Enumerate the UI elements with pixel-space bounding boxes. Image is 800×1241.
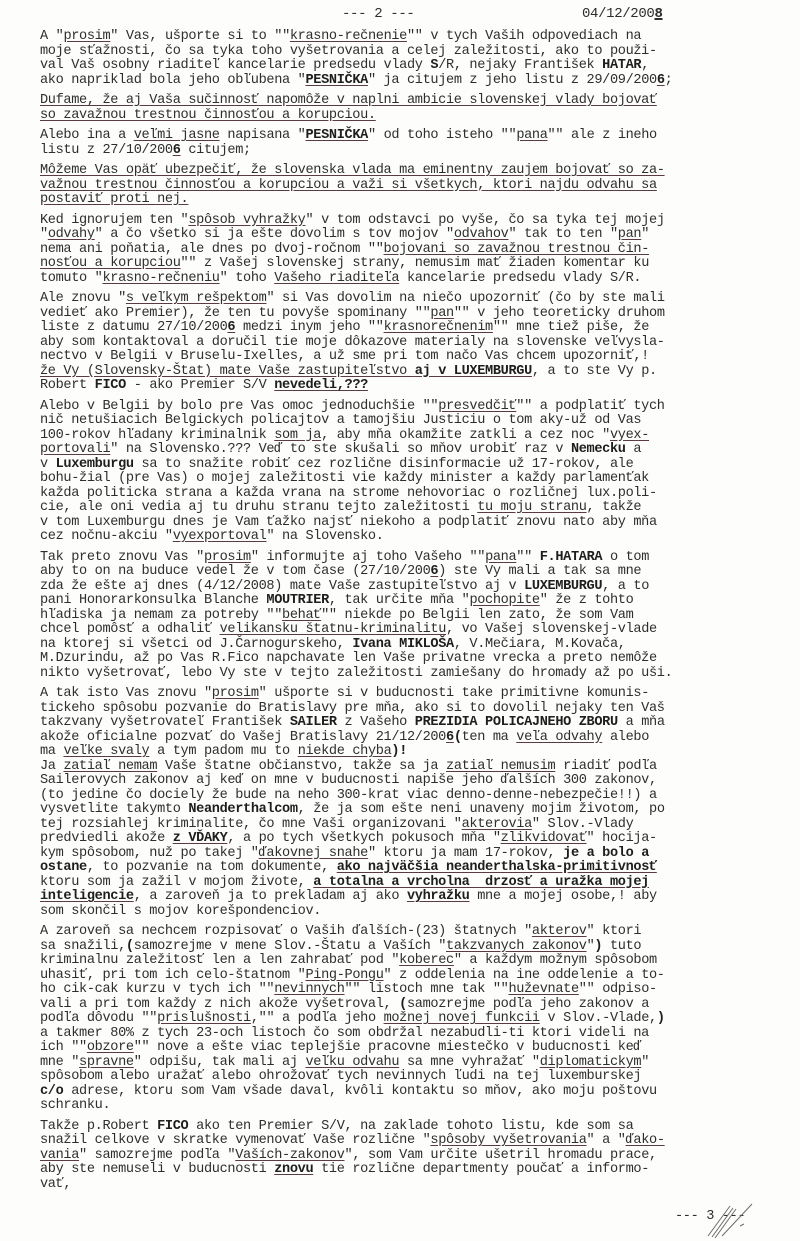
- bold-text: SAILER: [290, 715, 337, 730]
- text-segment: mne ": [40, 1055, 79, 1070]
- text-segment: zda že ešte aj dnes (4/12/2008) mate Vaš…: [40, 579, 524, 594]
- paragraph: Takže p.Robert FICO ako ten Premier S/V,…: [40, 1120, 760, 1193]
- text-segment: riadiť podľa: [555, 759, 657, 774]
- text-segment: " a čo všetko si ja ešte dovolim s tov m…: [95, 227, 454, 242]
- underlined-text: vania: [40, 1148, 79, 1163]
- text-line: hľadiska ja nemam za potreby ""behať"" n…: [40, 609, 760, 624]
- text-line: a takmer 80% z tych 23-och listoch čo so…: [40, 1027, 760, 1042]
- text-segment: hľadiska ja nemam za potreby "": [40, 608, 282, 623]
- text-segment: aby ste nemuseli v buducnosti: [40, 1162, 274, 1177]
- underlined-text: veľku odvahu: [305, 1055, 399, 1070]
- underlined-text: tu moju stranu: [477, 500, 586, 515]
- underlined-text: Môžeme Vas opäť ubezpečiť, že slovenska …: [40, 163, 665, 178]
- text-segment: Alebo ina a: [40, 128, 134, 143]
- text-segment: , aby mňa okamžite zatkli a cez noc ": [321, 428, 610, 443]
- text-line: vať,: [40, 1178, 760, 1193]
- text-line: predviedli akože z VĎAKY, a po tych všet…: [40, 832, 760, 847]
- underlined-text: diplomatickym: [540, 1055, 642, 1070]
- text-segment: "" v jeho teoreticky druhom: [454, 306, 665, 321]
- underlined-text: pana: [516, 128, 547, 143]
- underlined-text: Ping-Pongu: [305, 968, 383, 983]
- paragraph: Dufame, že aj Vaša sučinnosť napomôže v …: [40, 94, 760, 123]
- text-segment: " si Vas dovolim na niečo upozorniť (čo …: [266, 291, 664, 306]
- text-line: podľa dôvodu ""prislušnosti,"" a podľa j…: [40, 1012, 760, 1027]
- text-segment: " ušporte si v buducnosti take primitivn…: [259, 686, 649, 701]
- text-segment: o tom: [602, 550, 649, 565]
- text-segment: ,"" a podľa jeho: [251, 1011, 384, 1026]
- text-segment: sa snažili,: [40, 939, 126, 954]
- text-segment: /R, nejaky František: [438, 58, 602, 73]
- text-line: A tak isto Vas znovu "prosim" ušporte si…: [40, 687, 760, 702]
- date-last-digit: 8: [654, 6, 662, 22]
- underlined-text: bojovani so zavažnou trestnou čin-: [384, 242, 649, 257]
- text-segment: Vaše štatne občianstvo, takže sa ja: [157, 759, 446, 774]
- underlined-text: možnej novej funkcii: [384, 1011, 540, 1026]
- underlined-text: zatiaľ nemusim: [446, 759, 555, 774]
- underlined-text: Dufame, že aj Vaša sučinnosť napomôže v …: [40, 93, 657, 108]
- text-segment: Ja: [40, 759, 63, 774]
- underlined-text: važnou trestnou činnosťou a korupciou a …: [40, 178, 657, 193]
- text-segment: cez nočnu-akciu ": [40, 529, 173, 544]
- text-segment: " na Slovensko.: [266, 529, 383, 544]
- text-segment: ako ten Premier S/V, na zaklade tohoto l…: [188, 1119, 633, 1134]
- text-segment: " a každym možnym spôsobom: [454, 953, 657, 968]
- underlined-text: veľke svaly: [63, 744, 149, 759]
- text-segment: , a zaroveň ja to prekladam aj ako: [134, 889, 407, 904]
- text-segment: " v tom odstavci po vyše, čo sa tyka tej…: [305, 213, 664, 228]
- bold-text: (: [126, 939, 134, 954]
- text-line: M.Dzurindu, až po Vas R.Fico napchavate …: [40, 652, 760, 667]
- text-segment: , takže: [587, 500, 642, 515]
- text-line: Alebo ina a veľmi jasne napisana "PESNIČ…: [40, 129, 760, 144]
- text-segment: ako napriklad bola jeho obľubena ": [40, 73, 305, 88]
- text-segment: "" odpiso-: [579, 982, 657, 997]
- text-segment: schranku.: [40, 1098, 110, 1113]
- text-segment: kriminalnu zaležitosť len a len zahrabať…: [40, 953, 399, 968]
- bold-underlined-text: nevedeli,???: [274, 378, 368, 393]
- text-line: Ja zatiaľ nemam Vaše štatne občianstvo, …: [40, 760, 760, 775]
- text-segment: som skončil s mojov korešpondenciov.: [40, 904, 321, 919]
- underlined-text: odvahov: [454, 227, 509, 242]
- text-line: schranku.: [40, 1099, 760, 1114]
- bold-text: FICO: [95, 378, 126, 393]
- text-segment: predviedli akože: [40, 831, 173, 846]
- text-segment: mne a mojej osobe,! aby: [469, 889, 656, 904]
- text-segment: 100-rokov hľadany kriminalnik: [40, 428, 274, 443]
- text-segment: tie rozlične departmenty poučať a inform…: [313, 1162, 649, 1177]
- text-line: v tom Luxemburgu dnes je Vam ťažko najsť…: [40, 516, 760, 531]
- bold-text: ostane: [40, 860, 87, 875]
- text-segment: nema ani poňatia, ale dnes po dvoj-ročno…: [40, 242, 384, 257]
- bold-underlined-text: vyhražku: [407, 889, 469, 904]
- bold-underlined-text: znovu: [274, 1162, 313, 1177]
- text-segment: , a to: [602, 579, 649, 594]
- text-segment: - ako Premier S/V: [126, 378, 274, 393]
- date-text: 04/12/200: [582, 6, 654, 22]
- text-segment: "" niekde po Belgii len zato, že som Vam: [321, 608, 633, 623]
- text-line: bohu-žial (pre Vas) o mojej zaležitosti …: [40, 472, 760, 487]
- page-number: --- 2 ---: [342, 6, 414, 22]
- text-segment: moje sťažnosti, čo sa tyka toho vyšetrov…: [40, 44, 657, 59]
- underlined-text: huževnate: [508, 982, 578, 997]
- text-line: na ktorej si všetci od J.Čarnogurskeho, …: [40, 638, 760, 653]
- text-segment: Ale znovu ": [40, 291, 126, 306]
- text-segment: ho cik-cak kurzu v tych ich "": [40, 982, 274, 997]
- underlined-text: Vašeho riaditeľa: [274, 271, 399, 286]
- text-segment: sa to snažite robiť cez rozlične disinfo…: [134, 457, 634, 472]
- bold-underlined-text: 6: [446, 730, 454, 745]
- text-segment: Alebo v Belgii by bolo pre Vas omoc jedn…: [40, 399, 438, 414]
- text-segment: " ktoru ja mam 17-rokov,: [368, 846, 563, 861]
- underlined-text: nevinnych: [274, 982, 344, 997]
- text-segment: A tak isto Vas znovu ": [40, 686, 212, 701]
- underlined-text: presvedčiť: [438, 399, 516, 414]
- text-line: aby som kontaktoval a doručil tie moje d…: [40, 336, 760, 351]
- text-line: zda že ešte aj dnes (4/12/2008) mate Vaš…: [40, 580, 760, 595]
- bold-text: )!: [391, 744, 407, 759]
- text-segment: citujem;: [181, 143, 251, 158]
- underlined-text: pana: [485, 550, 516, 565]
- underlined-text: zatiaľ nemam: [63, 759, 157, 774]
- text-segment: adrese, ktoru som Vam všade daval, kvôli…: [63, 1084, 656, 1099]
- text-line: nectvo v Belgii v Bruselu-Ixelles, a už …: [40, 350, 760, 365]
- text-segment: " hocija-: [587, 831, 657, 846]
- text-segment: " odpišu, tak mali aj: [134, 1055, 306, 1070]
- text-line: nema ani poňatia, ale dnes po dvoj-ročno…: [40, 243, 760, 258]
- text-line: Sailerovych zakonov aj keď on mne v budu…: [40, 774, 760, 789]
- text-segment: Robert: [40, 378, 95, 393]
- underlined-text: postaviť proti nej.: [40, 192, 188, 207]
- underlined-text: krasno-rečnenie: [290, 29, 407, 44]
- text-line: val Vaš osobny riaditeľ kancelarie preds…: [40, 59, 760, 74]
- text-line: so zavažnou trestnou činnosťou a korupci…: [40, 109, 760, 124]
- text-segment: Sailerovych zakonov aj keď on mne v budu…: [40, 773, 657, 788]
- underlined-text: spôsoby vyšetrovania: [430, 1133, 586, 1148]
- text-line: mne "spravne" odpišu, tak mali aj veľku …: [40, 1056, 760, 1071]
- text-segment: "" nove a ešte viac teplejšie pracovne m…: [134, 1040, 642, 1055]
- text-segment: , že ja som ešte neni unaveny mojim živo…: [298, 802, 665, 817]
- text-line: chcel pomôsť a odhaliť velikansku štatnu…: [40, 623, 760, 638]
- text-segment: a takmer 80% z tych 23-och listoch čo so…: [40, 1026, 649, 1041]
- underlined-text: ďakovnej snahe: [259, 846, 368, 861]
- text-segment: nič netušiacich Belgickych policajtov a …: [40, 413, 641, 428]
- text-segment: cie, ale oni vedia aj tu druhu stranu te…: [40, 500, 477, 515]
- paragraph: Tak preto znovu Vas "prosim" informujte …: [40, 551, 760, 682]
- bold-underlined-text: aj v LUXEMBURGU: [415, 364, 532, 379]
- text-segment: z Vašeho: [337, 715, 415, 730]
- text-line: Tak preto znovu Vas "prosim" informujte …: [40, 551, 760, 566]
- text-segment: nectvo v Belgii v Bruselu-Ixelles, a už …: [40, 349, 649, 364]
- text-line: každa politicka strana a každa vrana na …: [40, 487, 760, 502]
- letter-date: 04/12/2008: [582, 6, 663, 22]
- paragraph: Alebo ina a veľmi jasne napisana "PESNIČ…: [40, 129, 760, 158]
- text-segment: val Vaš osobny riaditeľ kancelarie preds…: [40, 58, 430, 73]
- text-line: vania" samozrejme podľa "Vaších-zakonov"…: [40, 1149, 760, 1164]
- text-line: nosťou a korupciou"" z Vašej slovenskej …: [40, 257, 760, 272]
- text-segment: liste z datumu 27/10/200: [40, 320, 227, 335]
- text-segment: " na Slovensko.??? Veď to ste skušali so…: [110, 442, 571, 457]
- text-segment: vať,: [40, 1177, 71, 1192]
- text-line: aby to on na buduce vedel že v tom čase …: [40, 565, 760, 580]
- text-line: postaviť proti nej.: [40, 193, 760, 208]
- text-line: nikto vyšetrovať, lebo Vy ste v tejto za…: [40, 667, 760, 682]
- bold-underlined-text: ako najväčšia neanderthalska-primitivnos…: [337, 860, 657, 875]
- text-line: ostane, to pozvanie na tom dokumente, ak…: [40, 861, 760, 876]
- text-line: c/o adrese, ktoru som Vam všade daval, k…: [40, 1085, 760, 1100]
- text-segment: " ja citujem z jeho listu z 29/09/200: [368, 73, 657, 88]
- text-segment: tomuto ": [40, 271, 102, 286]
- text-segment: kym spôsobom, nuž po takej ": [40, 846, 259, 861]
- underlined-text: takzvanych zakonov: [446, 939, 587, 954]
- bold-text: FICO: [157, 1119, 188, 1134]
- text-line: Alebo v Belgii by bolo pre Vas omoc jedn…: [40, 400, 760, 415]
- paragraph: Alebo v Belgii by bolo pre Vas omoc jedn…: [40, 400, 760, 545]
- text-line: vedieť ako Premier), že ten tu povyše sp…: [40, 307, 760, 322]
- text-line: važnou trestnou činnosťou a korupciou a …: [40, 179, 760, 194]
- text-line: tomuto "krasno-rečneniu" toho Vašeho ria…: [40, 272, 760, 287]
- text-segment: " Slov.-Vlady: [532, 817, 634, 832]
- text-segment: takzvany vyšetrovateľ František: [40, 715, 290, 730]
- text-line: spôsobom alebo uražať alebo ohrožovať ty…: [40, 1070, 760, 1085]
- bold-text: (: [454, 730, 462, 745]
- underlined-text: spôsob vyhražky: [188, 213, 305, 228]
- text-line: Takže p.Robert FICO ako ten Premier S/V,…: [40, 1120, 760, 1135]
- signature-icon: [700, 1200, 760, 1240]
- paragraph: A tak isto Vas znovu "prosim" ušporte si…: [40, 687, 760, 919]
- bold-underlined-text: 6: [657, 73, 665, 88]
- bold-text: Luxemburgu: [56, 457, 134, 472]
- paragraph: A "prosim" Vas, ušporte si to ""krasno-r…: [40, 30, 760, 88]
- text-segment: akože oficialne pozvať do Vašej Bratisla…: [40, 730, 446, 745]
- text-line: pani Honorarkonsulka Blanche MOUTRIER, t…: [40, 594, 760, 609]
- underlined-text: krasnorečnenim: [384, 320, 493, 335]
- bold-text: Neanderthalcom: [188, 802, 297, 817]
- text-line: aby ste nemuseli v buducnosti znovu tie …: [40, 1163, 760, 1178]
- text-segment: aby to on na buduce vedel že v tom čase …: [40, 564, 430, 579]
- text-line: snažil celkove v skratke vymenovať Vaše …: [40, 1134, 760, 1149]
- text-segment: "": [516, 550, 539, 565]
- underlined-text: niekde chyba: [298, 744, 392, 759]
- text-segment: "" a podplatiť tych: [516, 399, 664, 414]
- bold-text: Ivana MIKLOŠA: [352, 637, 454, 652]
- bold-text: MOUTRIER: [266, 593, 328, 608]
- scanned-letter-page: --- 2 --- 04/12/2008 A "prosim" Vas, ušp…: [0, 0, 800, 1241]
- text-line: A "prosim" Vas, ušporte si to ""krasno-r…: [40, 30, 760, 45]
- text-line: inteligencie, a zaroveň ja to prekladam …: [40, 890, 760, 905]
- underlined-text: akterov: [532, 924, 587, 939]
- text-segment: ich "": [40, 1040, 87, 1055]
- text-line: vali a pri tom každy z nich akože vyšetr…: [40, 998, 760, 1013]
- text-segment: každa politicka strana a každa vrana na …: [40, 486, 657, 501]
- text-segment: vysvetlite takymto: [40, 802, 188, 817]
- paragraph: A zaroveň sa nechcem rozpisovať o Vaših …: [40, 925, 760, 1114]
- text-segment: bohu-žial (pre Vas) o mojej zaležitosti …: [40, 471, 649, 486]
- text-segment: " samozrejme podľa ": [79, 1148, 235, 1163]
- text-segment: a tym padom mu to: [149, 744, 297, 759]
- text-line: Ale znovu "s veľkym rešpektom" si Vas do…: [40, 292, 760, 307]
- text-segment: listu z 27/10/200: [40, 143, 173, 158]
- text-line: vysvetlite takymto Neanderthalcom, že ja…: [40, 803, 760, 818]
- text-segment: spôsobom alebo uražať alebo ohrožovať ty…: [40, 1069, 641, 1084]
- text-segment: snažil celkove v skratke vymenovať Vaše …: [40, 1133, 430, 1148]
- text-segment: uhasiť, pri tom ich celo-štatnom ": [40, 968, 305, 983]
- text-line: Robert FICO - ako Premier S/V nevedeli,?…: [40, 379, 760, 394]
- text-segment: " z oddelenia na ine oddelenie a to-: [384, 968, 665, 983]
- text-line: Môžeme Vas opäť ubezpečiť, že slovenska …: [40, 164, 760, 179]
- bold-text: LUXEMBURGU: [524, 579, 602, 594]
- text-line: moje sťažnosti, čo sa tyka toho vyšetrov…: [40, 45, 760, 60]
- text-segment: , V.Mečiara, M.Kovača,: [454, 637, 626, 652]
- text-segment: ktoru som ja zažil v mojom živote,: [40, 875, 313, 890]
- text-segment: a: [626, 442, 642, 457]
- text-segment: " ktori: [587, 924, 642, 939]
- text-segment: vedieť ako Premier), že ten tu povyše sp…: [40, 306, 430, 321]
- text-segment: ,: [641, 58, 649, 73]
- text-segment: tickeho spôsobu pozvanie do Bratislavy p…: [40, 701, 665, 716]
- text-line: ako napriklad bola jeho obľubena "PESNIČ…: [40, 74, 760, 89]
- underlined-text: pan: [430, 306, 453, 321]
- underlined-text: so zavažnou trestnou činnosťou a korupci…: [40, 108, 376, 123]
- text-segment: samozrejme podľa jeho zakonov a: [407, 997, 649, 1012]
- text-line: cie, ale oni vedia aj tu druhu stranu te…: [40, 501, 760, 516]
- text-segment: , vo Vašej slovenskej-vlade: [446, 622, 657, 637]
- bold-text: HATAR: [602, 58, 641, 73]
- text-segment: v: [40, 457, 56, 472]
- text-line: Ked ignorujem ten "spôsob vyhražky" v to…: [40, 214, 760, 229]
- text-segment: " že z tohto: [540, 593, 634, 608]
- text-line: 100-rokov hľadany kriminalnik som ja, ab…: [40, 429, 760, 444]
- underlined-text: prosim: [212, 686, 259, 701]
- underlined-text: zlikvidovať: [501, 831, 587, 846]
- text-line: A zaroveň sa nechcem rozpisovať o Vaših …: [40, 925, 760, 940]
- text-segment: kancelarie predsedu vlady S/R.: [399, 271, 641, 286]
- text-line: kriminalnu zaležitosť len a len zahrabať…: [40, 954, 760, 969]
- underlined-text: prislušnosti: [157, 1011, 251, 1026]
- text-segment: " Vas, ušporte si to "": [110, 29, 290, 44]
- text-segment: A zaroveň sa nechcem rozpisovať o Vaših …: [40, 924, 532, 939]
- text-segment: ", som Vam určite ušetril hromadu prace,: [345, 1148, 657, 1163]
- text-segment: aby som kontaktoval a doručil tie moje d…: [40, 335, 665, 350]
- text-segment: , to pozvanie na tom dokumente,: [87, 860, 337, 875]
- text-segment: vali a pri tom každy z nich akože vyšetr…: [40, 997, 399, 1012]
- text-segment: a mňa: [618, 715, 665, 730]
- text-segment: napisana ": [220, 128, 306, 143]
- text-segment: , tak určite mňa ": [329, 593, 470, 608]
- text-segment: ) ste Vy mali a tak sa mne: [438, 564, 641, 579]
- text-line: takzvany vyšetrovateľ František SAILER z…: [40, 716, 760, 731]
- text-segment: ": [40, 227, 48, 242]
- underlined-text: prosim: [204, 550, 251, 565]
- underlined-text: vyex-: [610, 428, 649, 443]
- text-segment: chcel pomôsť a odhaliť: [40, 622, 220, 637]
- text-segment: tej rozsiahlej kriminalite, čo mne Vaši …: [40, 817, 462, 832]
- text-segment: Tak preto znovu Vas ": [40, 550, 204, 565]
- text-segment: Takže p.Robert: [40, 1119, 157, 1134]
- text-segment: medzi inym jeho "": [235, 320, 383, 335]
- text-segment: ma: [40, 744, 63, 759]
- underlined-text: akterovia: [462, 817, 532, 832]
- text-line: uhasiť, pri tom ich celo-štatnom "Ping-P…: [40, 969, 760, 984]
- text-segment: ": [641, 227, 649, 242]
- bold-text: (: [399, 997, 407, 1012]
- text-segment: podľa dôvodu "": [40, 1011, 157, 1026]
- text-segment: nikto vyšetrovať, lebo Vy ste v tejto za…: [40, 666, 672, 681]
- underlined-text: veľmi jasne: [134, 128, 220, 143]
- underlined-text: odvahy: [48, 227, 95, 242]
- text-segment: "" listoch mne tak "": [345, 982, 509, 997]
- paragraph: Ked ignorujem ten "spôsob vyhražky" v to…: [40, 214, 760, 287]
- text-line: v Luxemburgu sa to snažite robiť cez roz…: [40, 458, 760, 473]
- bold-text: c/o: [40, 1084, 63, 1099]
- text-segment: na ktorej si všetci od J.Čarnogurskeho,: [40, 637, 352, 652]
- text-line: ich ""obzore"" nove a ešte viac teplejši…: [40, 1041, 760, 1056]
- underlined-text: veľa odvahy: [516, 730, 602, 745]
- text-segment: "" mne tiež piše, že: [493, 320, 649, 335]
- bold-underlined-text: PESNIČKA: [305, 73, 367, 88]
- underlined-text: že Vy (Slovensky-Štat) mate Vaše zastupi…: [40, 364, 415, 379]
- underlined-text: nosťou a korupciou: [40, 256, 181, 271]
- text-line: ma veľke svaly a tym padom mu to niekde …: [40, 745, 760, 760]
- text-segment: "" v tych Vaših odpovediach na: [407, 29, 641, 44]
- text-segment: "" ale z ineho: [548, 128, 657, 143]
- text-segment: A ": [40, 29, 63, 44]
- text-segment: , a po tych všetkych pokusoch mňa ": [227, 831, 500, 846]
- text-line: cez nočnu-akciu "vyexportoval" na Sloven…: [40, 530, 760, 545]
- text-segment: alebo: [602, 730, 649, 745]
- text-segment: " tak to ten ": [508, 227, 617, 242]
- underlined-text: behať: [282, 608, 321, 623]
- text-line: Dufame, že aj Vaša sučinnosť napomôže v …: [40, 94, 760, 109]
- text-line: listu z 27/10/2006 citujem;: [40, 144, 760, 159]
- bold-underlined-text: a totalna a vrcholna drzosť a uražka moj…: [313, 875, 649, 890]
- text-line: "odvahy" a čo všetko si ja ešte dovolim …: [40, 228, 760, 243]
- text-line: tej rozsiahlej kriminalite, čo mne Vaši …: [40, 818, 760, 833]
- text-line: akože oficialne pozvať do Vašej Bratisla…: [40, 731, 760, 746]
- text-line: tickeho spôsobu pozvanie do Bratislavy p…: [40, 702, 760, 717]
- bold-underlined-text: PESNIČKA: [305, 128, 367, 143]
- bold-text: ): [657, 1011, 665, 1026]
- text-segment: "" z Vašej slovenskej strany, nemusim ma…: [181, 256, 649, 271]
- letter-body: A "prosim" Vas, ušporte si to ""krasno-r…: [40, 30, 760, 1198]
- text-segment: v tom Luxemburgu dnes je Vam ťažko najsť…: [40, 515, 657, 530]
- paragraph: Ale znovu "s veľkym rešpektom" si Vas do…: [40, 292, 760, 394]
- text-segment: M.Dzurindu, až po Vas R.Fico napchavate …: [40, 651, 657, 666]
- underlined-text: pochopite: [469, 593, 539, 608]
- text-segment: " informujte aj toho Vašeho "": [251, 550, 485, 565]
- text-segment: " a ": [587, 1133, 626, 1148]
- underlined-text: portovali: [40, 442, 110, 457]
- text-segment: ": [641, 1055, 649, 1070]
- text-line: liste z datumu 27/10/2006 medzi inym jeh…: [40, 321, 760, 336]
- underlined-text: prosim: [63, 29, 110, 44]
- bold-underlined-text: z VĎAKY: [173, 831, 228, 846]
- underlined-text: ďako-: [626, 1133, 665, 1148]
- bold-text: je a bolo a: [563, 846, 649, 861]
- text-segment: " toho: [220, 271, 275, 286]
- underlined-text: s veľkym rešpektom: [126, 291, 267, 306]
- text-line: nič netušiacich Belgickych policajtov a …: [40, 414, 760, 429]
- text-segment: samozrejme v mene Slov.-Štatu a Vaších ": [134, 939, 446, 954]
- text-line: že Vy (Slovensky-Štat) mate Vaše zastupi…: [40, 365, 760, 380]
- bold-underlined-text: 6: [173, 143, 181, 158]
- underlined-text: krasno-rečneniu: [102, 271, 219, 286]
- text-line: sa snažili,(samozrejme v mene Slov.-Štat…: [40, 940, 760, 955]
- bold-text: F.HATARA: [540, 550, 602, 565]
- text-line: (to jedine čo dociely že bude na neho 30…: [40, 789, 760, 804]
- text-segment: Ked ignorujem ten ": [40, 213, 188, 228]
- text-segment: (to jedine čo dociely že bude na neho 30…: [40, 788, 657, 803]
- bold-text: Nemecku: [571, 442, 626, 457]
